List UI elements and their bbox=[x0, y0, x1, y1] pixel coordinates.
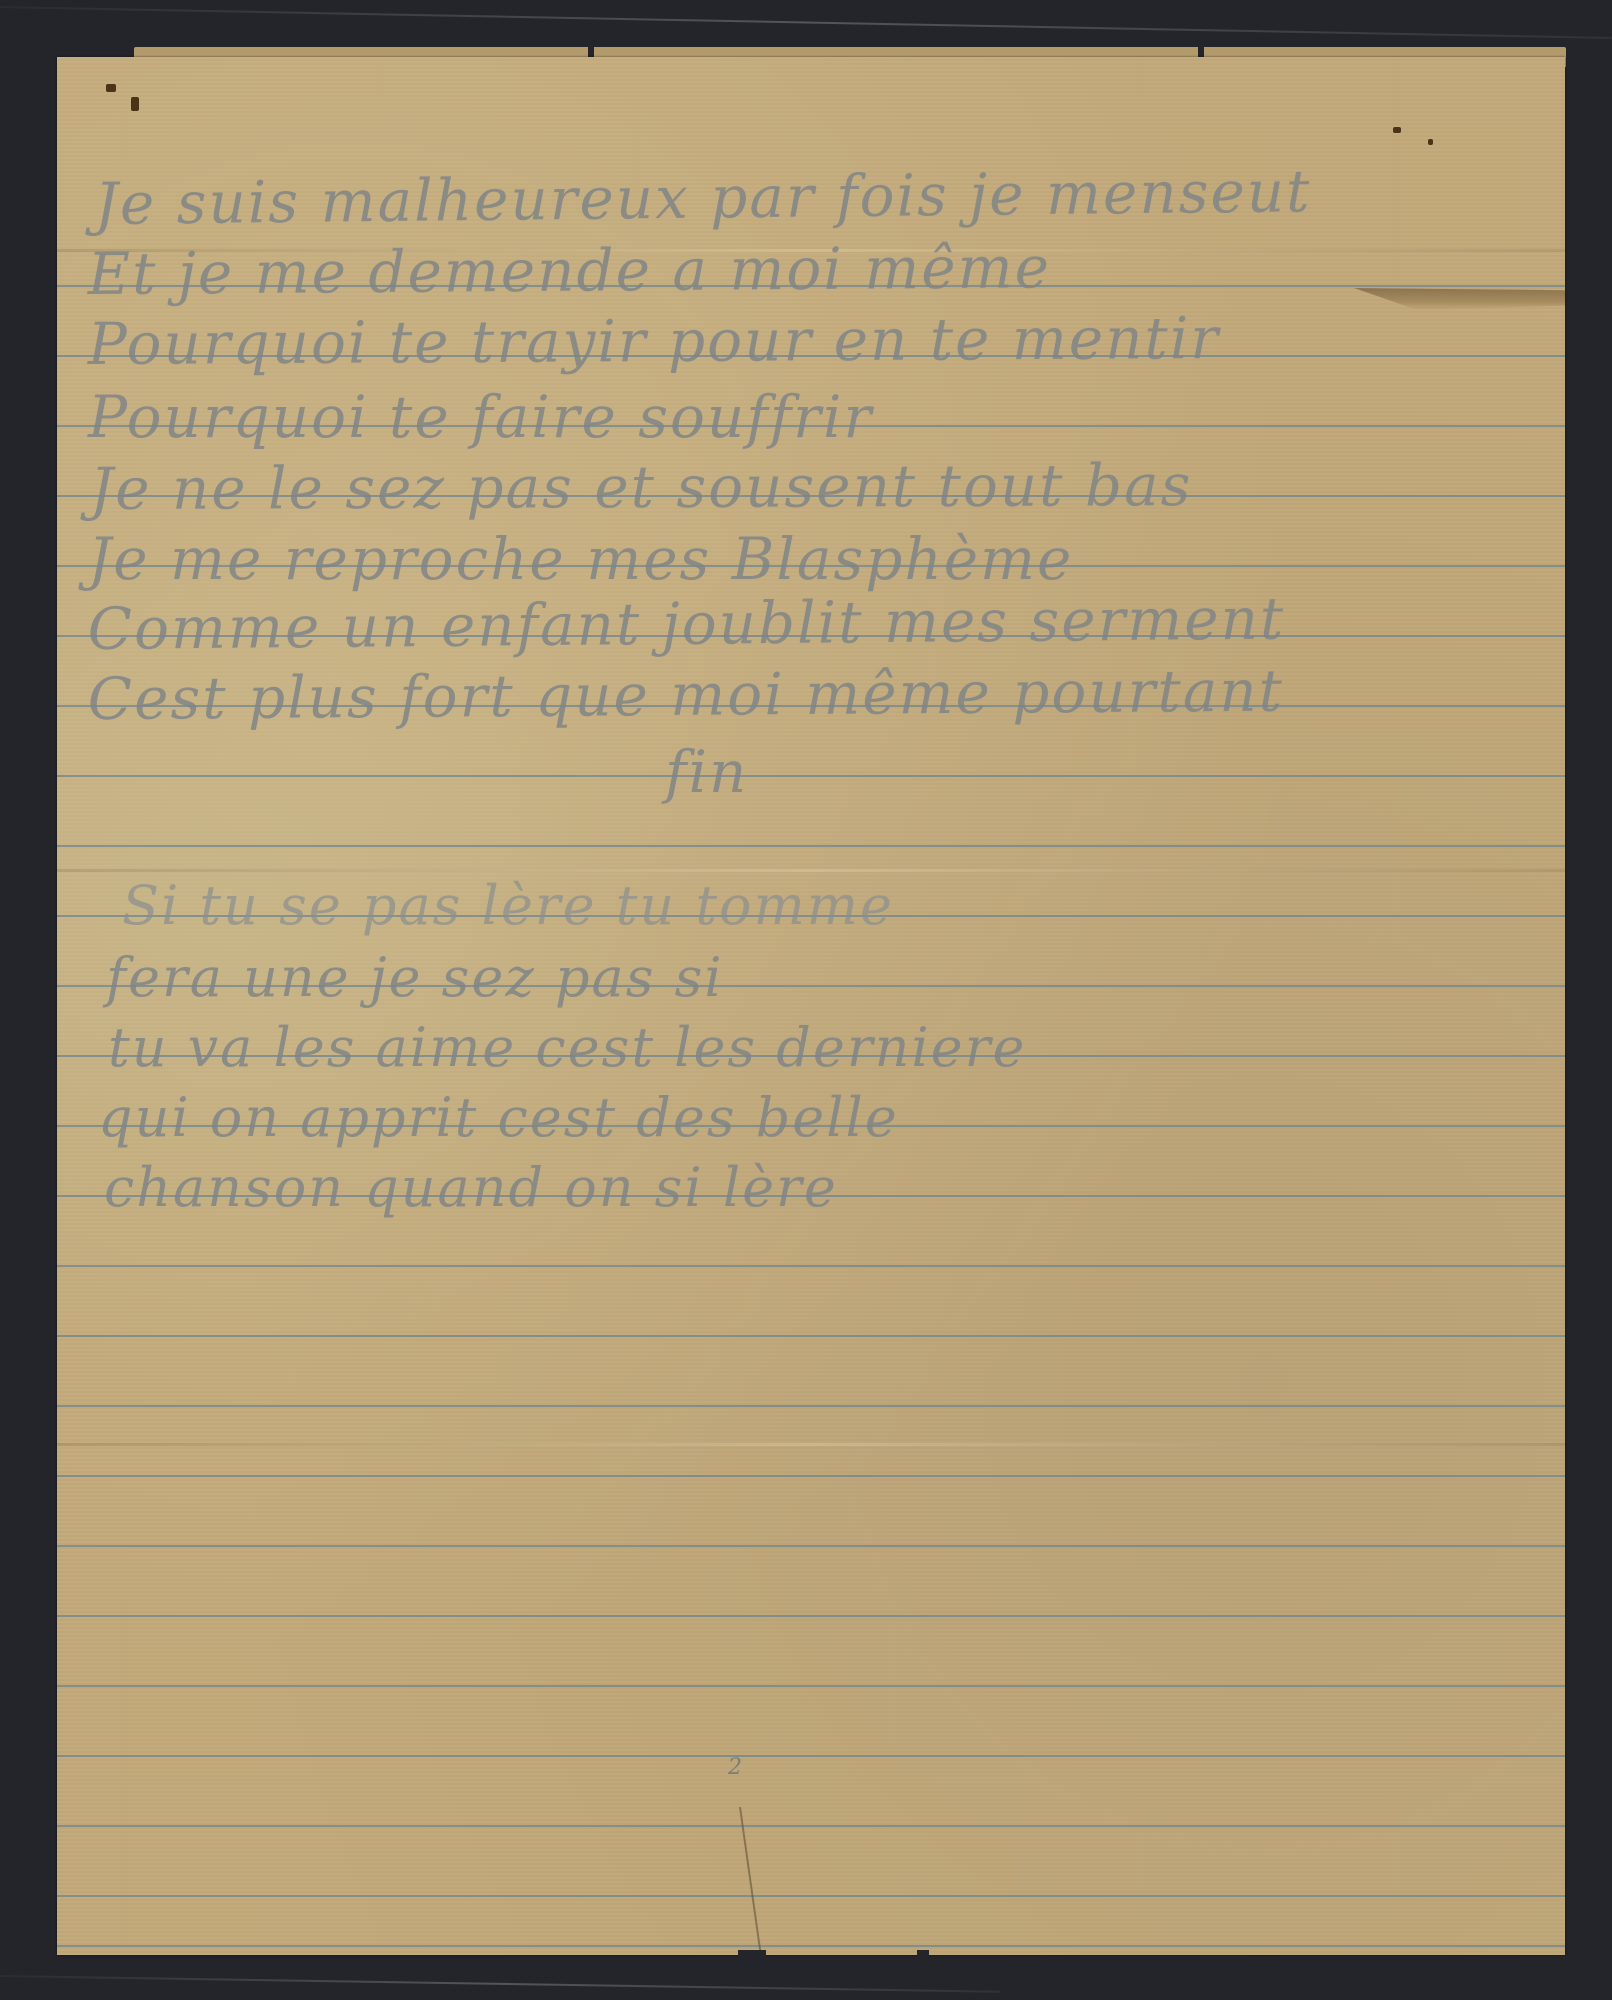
rule-line bbox=[57, 1945, 1565, 1947]
rule-line bbox=[57, 1475, 1565, 1477]
fold-line bbox=[57, 1443, 1565, 1446]
page-mark: 2 bbox=[728, 1755, 742, 1780]
closing-word: fin bbox=[665, 738, 748, 806]
rule-line bbox=[57, 1895, 1565, 1897]
handwritten-line: Si tu se pas lère tu tomme bbox=[122, 874, 894, 937]
bottom-tear bbox=[738, 1950, 766, 1960]
rule-line bbox=[57, 775, 1565, 777]
rule-line bbox=[57, 845, 1565, 847]
scanner-streak-top bbox=[0, 6, 1612, 39]
rule-line bbox=[57, 1825, 1565, 1827]
handwritten-line: Je me reproche mes Blasphème bbox=[88, 525, 1073, 593]
rule-line bbox=[57, 1685, 1565, 1687]
rule-line bbox=[57, 1265, 1565, 1267]
handwritten-line: qui on apprit cest des belle bbox=[98, 1086, 899, 1149]
handwritten-line: Comme un enfant joublit mes serment bbox=[87, 584, 1285, 662]
scanner-streak-bottom bbox=[0, 1975, 1000, 1993]
rule-line bbox=[57, 1405, 1565, 1407]
torn-hole bbox=[131, 97, 139, 111]
torn-hole bbox=[1393, 127, 1401, 133]
handwritten-line: chanson quand on si lère bbox=[104, 1156, 838, 1219]
handwritten-line: Pourquoi te trayir pour en te mentir bbox=[88, 304, 1221, 378]
rule-line bbox=[57, 1615, 1565, 1617]
handwritten-line: tu va les aime cest les derniere bbox=[108, 1016, 1026, 1079]
rule-line bbox=[57, 1755, 1565, 1757]
handwritten-line: Je ne le sez pas et sousent tout bas bbox=[90, 451, 1193, 523]
tear-crease bbox=[739, 1807, 762, 1956]
rule-line bbox=[57, 1335, 1565, 1337]
torn-hole bbox=[106, 84, 116, 92]
fold-line bbox=[57, 869, 1565, 872]
handwritten-line: Et je me demende a moi même bbox=[88, 233, 1052, 308]
handwritten-line: fera une je sez pas si bbox=[106, 946, 724, 1009]
rule-line bbox=[57, 1545, 1565, 1547]
handwritten-line: Je suis malheureux par fois je menseut bbox=[94, 157, 1311, 238]
handwritten-line: Cest plus fort que moi même pourtant bbox=[88, 657, 1285, 733]
bottom-tear bbox=[917, 1950, 929, 1958]
handwritten-line: Pourquoi te faire souffrir bbox=[88, 383, 873, 451]
torn-hole bbox=[1428, 139, 1433, 145]
